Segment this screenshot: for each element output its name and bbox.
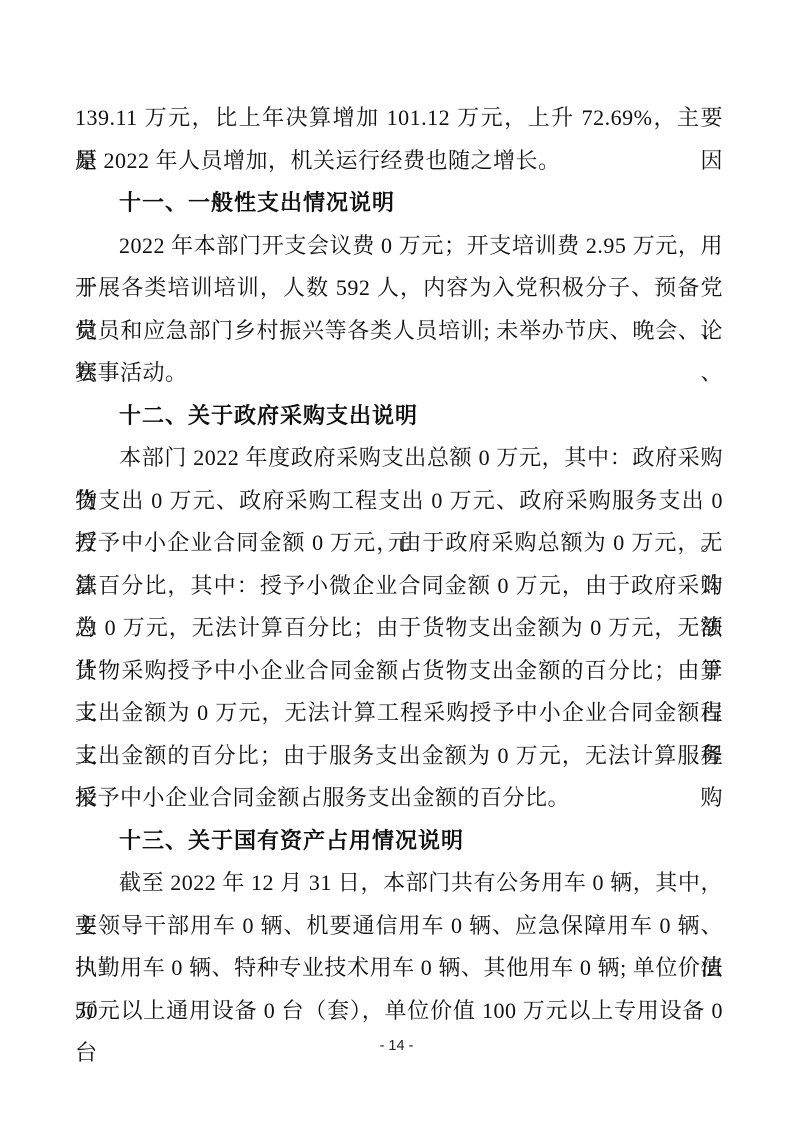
page-number: - 14 - — [0, 1038, 793, 1054]
body-line: 2022 年本部门开支会议费 0 万元；开支培训费 2.95 万元，用于 — [75, 225, 723, 268]
section-heading: 十一、一般性支出情况说明 — [75, 182, 723, 225]
body-line: 党员和应急部门乡村振兴等各类人员培训; 未举办节庆、晚会、论坛、 — [75, 310, 723, 353]
document-body: 139.11 万元，比上年决算增加 101.12 万元，上升 72.69%，主要… — [75, 97, 723, 1032]
body-line: 物支出 0 万元、政府采购工程支出 0 万元、政府采购服务支出 0 万元。 — [75, 480, 723, 523]
section-heading: 十二、关于政府采购支出说明 — [75, 395, 723, 438]
body-line: 支出金额为 0 万元，无法计算工程采购授予中小企业合同金额占工程 — [75, 692, 723, 735]
body-line: 要领导干部用车 0 辆、机要通信用车 0 辆、应急保障用车 0 辆、执法 — [75, 905, 723, 948]
body-line: 截至 2022 年 12 月 31 日，本部门共有公务用车 0 辆，其中，主 — [75, 862, 723, 905]
body-line: 139.11 万元，比上年决算增加 101.12 万元，上升 72.69%，主要… — [75, 97, 723, 140]
body-line: 本部门 2022 年度政府采购支出总额 0 万元，其中：政府采购货 — [75, 437, 723, 480]
section-heading: 十三、关于国有资产占用情况说明 — [75, 820, 723, 863]
body-line: 开展各类培训培训，人数 592 人，内容为入党积极分子、预备党员、 — [75, 267, 723, 310]
body-line: 支出金额的百分比；由于服务支出金额为 0 万元，无法计算服务采购 — [75, 735, 723, 778]
body-line: 授予中小企业合同金额 0 万元，由于政府采购总额为 0 万元，无法计 — [75, 522, 723, 565]
body-line: 执勤用车 0 辆、特种专业技术用车 0 辆、其他用车 0 辆; 单位价值 50 — [75, 947, 723, 990]
body-line: 货物采购授予中小企业合同金额占货物支出金额的百分比；由于工程 — [75, 650, 723, 693]
body-line: 算百分比，其中：授予小微企业合同金额 0 万元，由于政府采购总额 — [75, 565, 723, 608]
body-line: 万元以上通用设备 0 台（套），单位价值 100 万元以上专用设备 0 台 — [75, 990, 723, 1033]
document-page: 139.11 万元，比上年决算增加 101.12 万元，上升 72.69%，主要… — [0, 0, 793, 1122]
body-line: 为 0 万元，无法计算百分比；由于货物支出金额为 0 万元，无法计算 — [75, 607, 723, 650]
